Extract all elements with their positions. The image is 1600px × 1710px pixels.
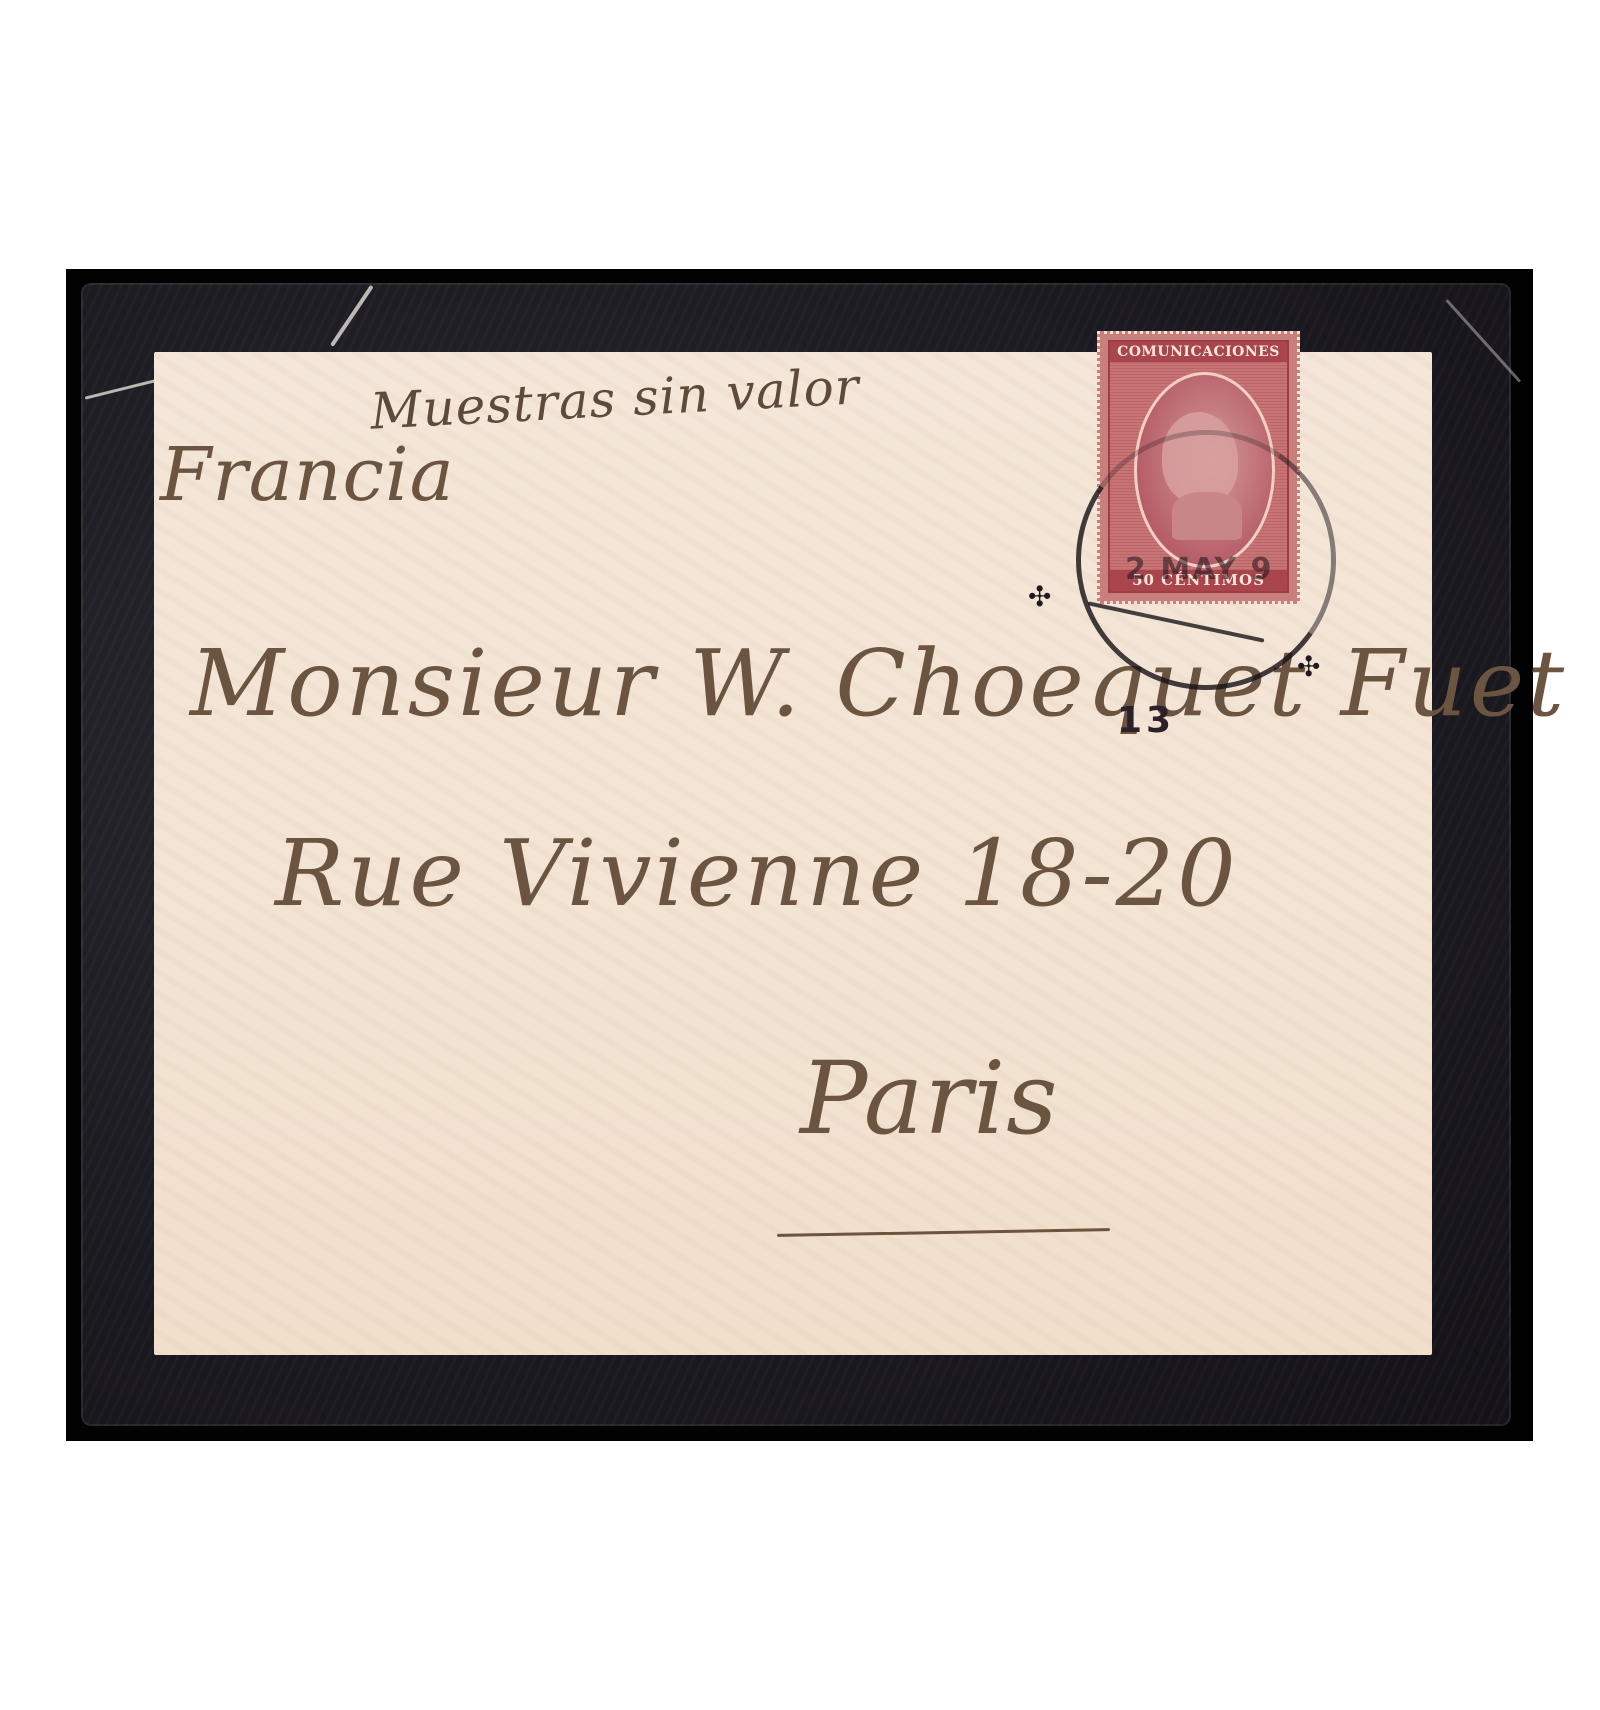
postmark-ornament-icon: ✣ [1028,580,1051,613]
street-address-text: Rue Vivienne 18-20 [275,820,1239,927]
destination-country-text: Francia [160,432,455,518]
city-text: Paris [800,1040,1059,1157]
postmark-ornament-icon: ✣ [1297,650,1320,683]
recipient-name-text: Monsieur W. Choequet Fuet [190,630,1567,737]
postmark-number: 13 [1117,700,1175,741]
postmark-date: 2 MAY 9 [1125,552,1274,587]
stamp-top-label: COMUNICACIONES [1110,342,1287,362]
